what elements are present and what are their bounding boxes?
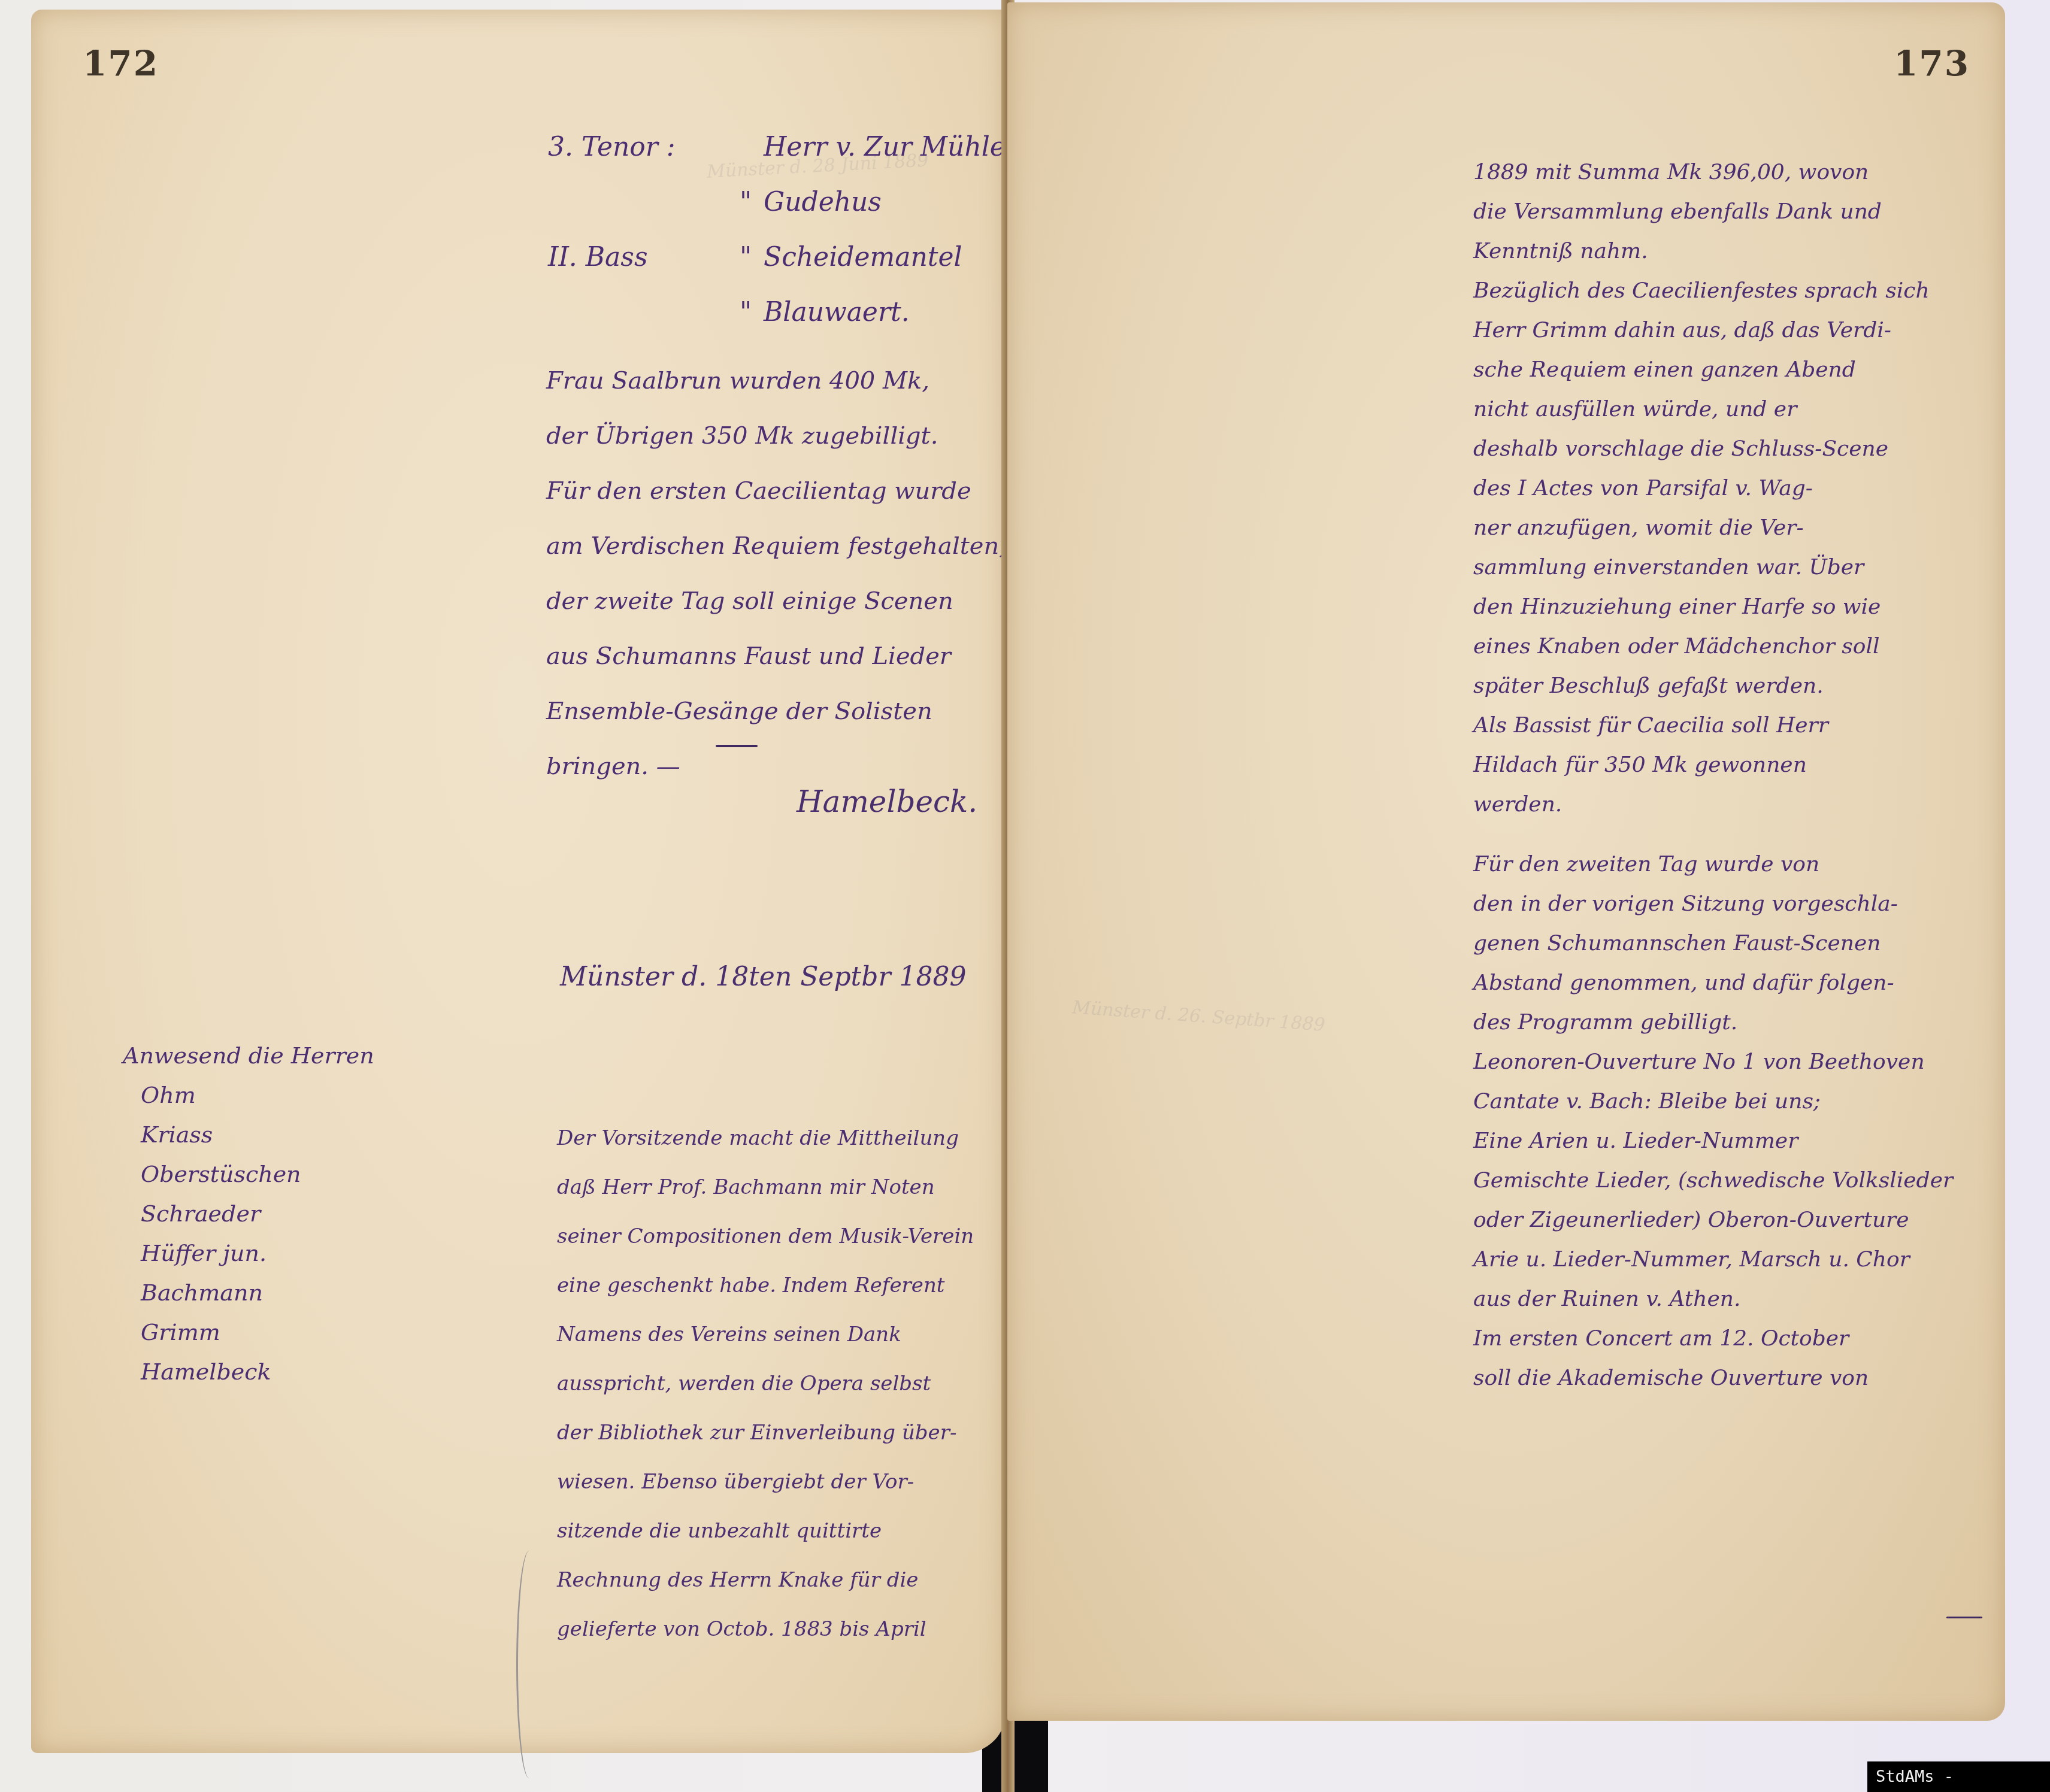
right-page-text: 1889 mit Summa Mk 396,00, wovon die Vers…: [1473, 153, 1953, 1398]
attendee: Kriass: [123, 1115, 374, 1154]
attendee: Hüffer jun.: [123, 1233, 374, 1273]
attendee: Bachmann: [123, 1273, 374, 1312]
soloist-row: II. Bass " Scheidemantel: [548, 230, 1022, 285]
soloist-row: 3. Tenor : Herr v. Zur Mühlen: [548, 120, 1022, 175]
attendee: Oberstüschen: [123, 1154, 374, 1194]
attendance-list: Anwesend die Herren Ohm Kriass Oberstüsc…: [123, 1036, 374, 1391]
pencil-margin-bracket: [516, 1551, 542, 1778]
right-page-number: 173: [1894, 43, 1970, 84]
line-end-dash: [1946, 1617, 1982, 1618]
attendee: Ohm: [123, 1075, 374, 1115]
soloist-list: 3. Tenor : Herr v. Zur Mühlen " Gudehus …: [548, 120, 1022, 340]
minutes-paragraph: Der Vorsitzende macht die Mittheilung da…: [557, 1114, 974, 1654]
archive-label: StdAMs - MV_004_223: [1867, 1761, 2050, 1792]
meeting-heading: Münster d. 18ten Septbr 1889: [560, 964, 966, 990]
attendee: Grimm: [123, 1312, 374, 1352]
attendee: Hamelbeck: [123, 1352, 374, 1391]
left-page-number: 172: [83, 43, 159, 84]
signature: Hamelbeck.: [797, 784, 977, 819]
attendance-label: Anwesend die Herren: [123, 1036, 374, 1075]
soloist-row: " Blauwaert.: [548, 285, 1022, 340]
attendee: Schraeder: [123, 1194, 374, 1233]
closing-rule: [716, 745, 758, 747]
fee-and-program-paragraph: Frau Saalbrun wurden 400 Mk, der Übrigen…: [546, 353, 1007, 794]
soloist-row: " Gudehus: [548, 175, 1022, 230]
